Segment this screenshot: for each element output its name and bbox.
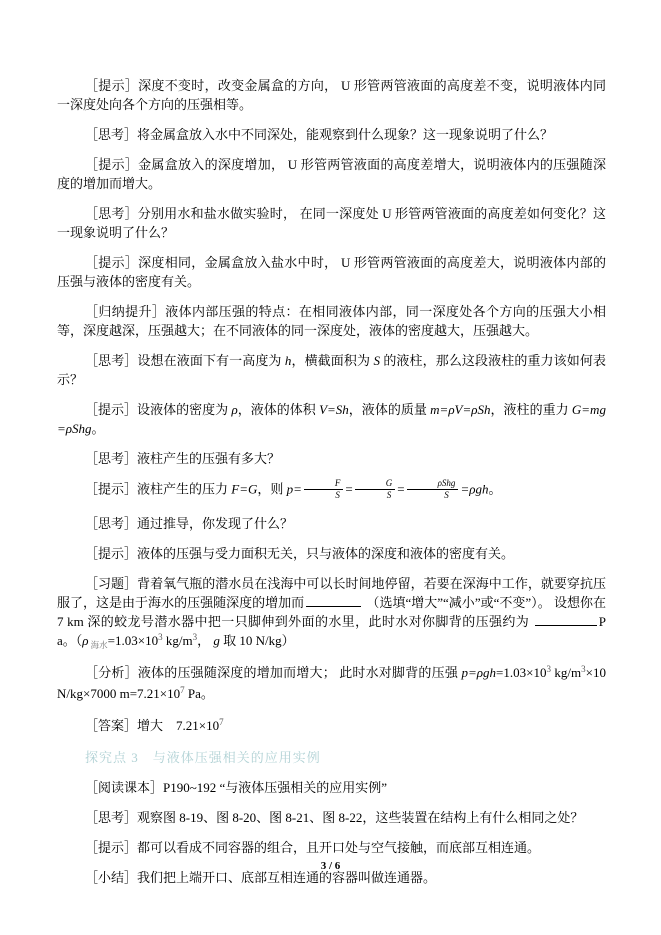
text-run: ［提示］都可以看成不同容器的组合，且开口处与空气接触，而底部互相连通。 (85, 840, 540, 855)
paragraph-hint: ［提示］金属盒放入的深度增加， U 形管两管液面的高度差增大，说明液体内的压强随… (57, 155, 606, 193)
text-run: p= (287, 482, 302, 497)
text-run: ，液柱的重力 (491, 402, 572, 417)
text-run: ［提示］液体的压强与受力面积无关，只与液体的深度和液体的密度有关。 (85, 546, 514, 561)
text-run: 。 (488, 482, 501, 497)
text-run: ， (197, 633, 213, 648)
paragraph-hint: ［提示］深度不变时，改变金属盒的方向， U 形管两管液面的高度差不变，说明液体内… (57, 76, 606, 114)
text-run: ［答案］增大 7.21×10 (85, 718, 219, 733)
text-run: kg/m (551, 665, 581, 680)
paragraph-think: ［思考］液柱产生的压强有多大？ (57, 449, 606, 468)
paragraph-answer: ［答案］增大 7.21×107 (57, 716, 606, 737)
document-body: ［提示］深度不变时，改变金属盒的方向， U 形管两管液面的高度差不变，说明液体内… (57, 76, 606, 898)
text-run: ［提示］金属盒放入的深度增加， U 形管两管液面的高度差增大，说明液体内的压强随… (57, 157, 606, 191)
text-run: 3 (581, 664, 586, 674)
text-run: 3 (158, 632, 163, 642)
text-run: ［思考］设想在液面下有一高度为 (85, 353, 285, 368)
paragraph-think: ［思考］观察图 8-19、图 8-20、图 8-21、图 8-22，这些装置在结… (57, 808, 606, 827)
text-run: ［思考］分别用水和盐水做实验时， 在同一深度处 U 形管两管液面的高度差如何变化… (57, 206, 606, 240)
text-run: 。 (92, 421, 105, 436)
paragraph-think: ［思考］将金属盒放入水中不同深处，能观察到什么现象？这一现象说明了什么？ (57, 125, 606, 144)
text-run: ，横截面积为 (291, 353, 373, 368)
paragraph-hint: ［提示］设液体的密度为 ρ，液体的体积 V=Sh，液体的质量 m=ρV=ρSh，… (57, 400, 606, 438)
answer-blank (535, 613, 597, 626)
fraction: ρShgS (407, 478, 459, 502)
text-run: 3 (193, 632, 198, 642)
text-run: = (397, 482, 404, 497)
text-run: 海水 (89, 640, 108, 650)
paragraph-hint: ［提示］液柱产生的压力 F=G，则 p=FS=GS=ρShgS=ρgh。 (57, 479, 606, 503)
text-run: m=ρV=ρSh (430, 402, 490, 417)
paragraph-analysis: ［分析］液体的压强随深度的增加而增大； 此时水对脚背的压强 p=ρgh=1.03… (57, 663, 606, 705)
text-run: ，液体的质量 (349, 402, 430, 417)
text-run: ［提示］深度不变时，改变金属盒的方向， U 形管两管液面的高度差不变，说明液体内… (57, 78, 606, 112)
document-page: ［提示］深度不变时，改变金属盒的方向， U 形管两管液面的高度差不变，说明液体内… (0, 0, 661, 935)
answer-blank (306, 594, 361, 607)
text-run: F=G (231, 482, 257, 497)
text-run: ［归纳提升］液体内部压强的特点：在相同液体内部，同一深度处各个方向的压强大小相等… (57, 304, 606, 338)
text-run: ，液体的体积 (238, 402, 319, 417)
text-run: =1.03×10 (496, 665, 546, 680)
paragraph-reading: ［阅读课本］P190~192 “与液体压强相关的应用实例” (57, 778, 606, 797)
text-run: = (345, 482, 352, 497)
text-run: Pa。 (185, 686, 214, 701)
text-run: ［思考］液柱产生的压强有多大？ (85, 451, 280, 466)
text-run: ［提示］液柱产生的压力 (85, 482, 231, 497)
fraction: GS (355, 478, 396, 502)
text-run: 7 (180, 685, 185, 695)
text-run: ρ (82, 633, 88, 648)
text-run: 7 (219, 717, 224, 727)
text-run: V=Sh (319, 402, 349, 417)
text-run: ［阅读课本］P190~192 “与液体压强相关的应用实例” (85, 780, 387, 795)
fraction: FS (304, 478, 344, 502)
paragraph-think: ［思考］设想在液面下有一高度为 h，横截面积为 S 的液柱，那么这段液柱的重力该… (57, 351, 606, 389)
paragraph-summary: ［归纳提升］液体内部压强的特点：在相同液体内部，同一深度处各个方向的压强大小相等… (57, 302, 606, 340)
text-run: 取 10 N/kg） (220, 633, 295, 648)
text-run: 探究点 3 与液体压强相关的应用实例 (85, 750, 321, 765)
paragraph-hint: ［提示］深度相同，金属盒放入盐水中时， U 形管两管液面的高度差大，说明液体内部… (57, 253, 606, 291)
section-heading: 探究点 3 与液体压强相关的应用实例 (57, 748, 606, 767)
text-run: =ρgh (460, 482, 488, 497)
text-run: kg/m (163, 633, 193, 648)
text-run: ［提示］深度相同，金属盒放入盐水中时， U 形管两管液面的高度差大，说明液体内部… (57, 255, 606, 289)
text-run: ［分析］液体的压强随深度的增加而增大； 此时水对脚背的压强 (85, 665, 462, 680)
text-run: =1.03×10 (108, 633, 158, 648)
text-run: ［思考］通过推导，你发现了什么？ (85, 516, 293, 531)
text-run: ［思考］观察图 8-19、图 8-20、图 8-21、图 8-22，这些装置在结… (85, 810, 583, 825)
paragraph-hint: ［提示］液体的压强与受力面积无关，只与液体的深度和液体的密度有关。 (57, 544, 606, 563)
text-run: p=ρgh (462, 665, 497, 680)
text-run: ［思考］将金属盒放入水中不同深处，能观察到什么现象？这一现象说明了什么？ (85, 127, 553, 142)
text-run: ，则 (257, 482, 286, 497)
paragraph-exercise: ［习题］背着氧气瓶的潜水员在浅海中可以长时间地停留，若要在深海中工作，就要穿抗压… (57, 574, 606, 652)
paragraph-think: ［思考］通过推导，你发现了什么？ (57, 514, 606, 533)
paragraph-think: ［思考］分别用水和盐水做实验时， 在同一深度处 U 形管两管液面的高度差如何变化… (57, 204, 606, 242)
paragraph-hint: ［提示］都可以看成不同容器的组合，且开口处与空气接触，而底部互相连通。 (57, 838, 606, 857)
text-run: ［提示］设液体的密度为 (85, 402, 231, 417)
text-run: 3 (546, 664, 551, 674)
page-number: 3 / 6 (0, 860, 661, 872)
